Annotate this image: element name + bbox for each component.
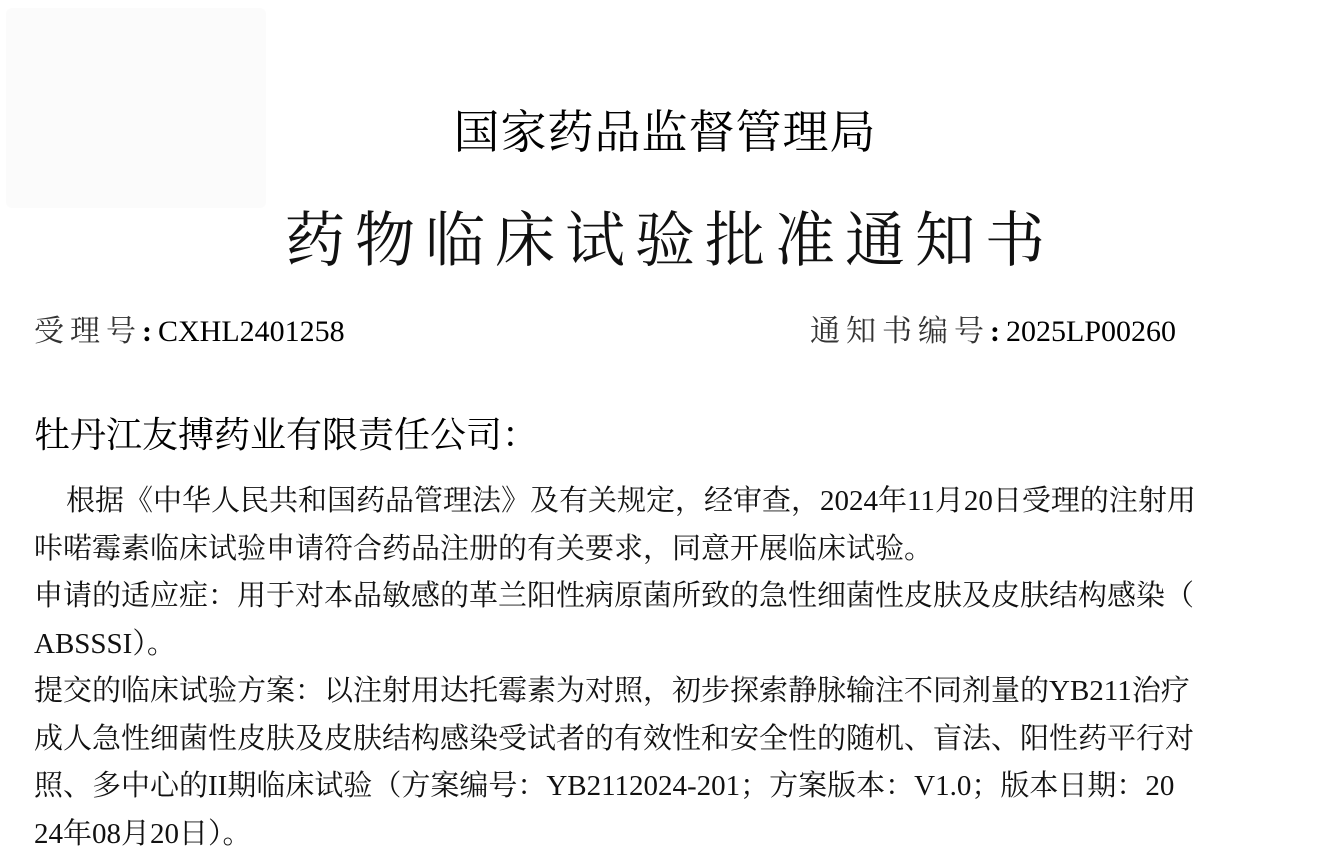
notice-number-colon: : — [990, 315, 1000, 348]
notice-number-value: 2025LP00260 — [1006, 315, 1176, 348]
acceptance-number-label: 受理号 — [34, 314, 142, 349]
document-title: 药物临床试验批准通知书 — [0, 203, 1330, 279]
paragraph-line: 提交的临床试验方案：以注射用达托霉素为对照，初步探索静脉输注不同剂量的YB211… — [34, 668, 1324, 716]
acceptance-number: 受理号:CXHL2401258 — [34, 308, 345, 356]
paragraph-line: 成人急性细菌性皮肤及皮肤结构感染受试者的有效性和安全性的随机、盲法、阳性药平行对 — [34, 716, 1324, 764]
paragraph-line: 咔喏霉素临床试验申请符合药品注册的有关要求，同意开展临床试验。 — [34, 526, 1324, 574]
addressee: 牡丹江友搏药业有限责任公司： — [34, 408, 538, 464]
acceptance-number-colon: : — [142, 315, 152, 348]
indication-paragraph: 申请的适应症：用于对本品敏感的革兰阳性病原菌所致的急性细菌性皮肤及皮肤结构感染（… — [34, 573, 1324, 668]
protocol-paragraph: 提交的临床试验方案：以注射用达托霉素为对照，初步探索静脉输注不同剂量的YB211… — [34, 668, 1324, 858]
paragraph-line: 24年08月20日）。 — [34, 811, 1324, 859]
paragraph-line: ABSSSI）。 — [34, 621, 1324, 669]
document-body: 根据《中华人民共和国药品管理法》及有关规定，经审查，2024年11月20日受理的… — [34, 478, 1324, 858]
agency-name: 国家药品监督管理局 — [0, 102, 1330, 162]
notice-number: 通知书编号:2025LP00260 — [810, 308, 1176, 356]
notice-number-label: 通知书编号 — [810, 314, 990, 349]
paragraph-line: 申请的适应症：用于对本品敏感的革兰阳性病原菌所致的急性细菌性皮肤及皮肤结构感染（ — [34, 573, 1324, 621]
approval-paragraph: 根据《中华人民共和国药品管理法》及有关规定，经审查，2024年11月20日受理的… — [34, 478, 1324, 573]
paragraph-line: 根据《中华人民共和国药品管理法》及有关规定，经审查，2024年11月20日受理的… — [34, 478, 1324, 526]
paragraph-line: 照、多中心的II期临床试验（方案编号：YB2112024-201；方案版本：V1… — [34, 763, 1324, 811]
acceptance-number-value: CXHL2401258 — [158, 315, 345, 348]
